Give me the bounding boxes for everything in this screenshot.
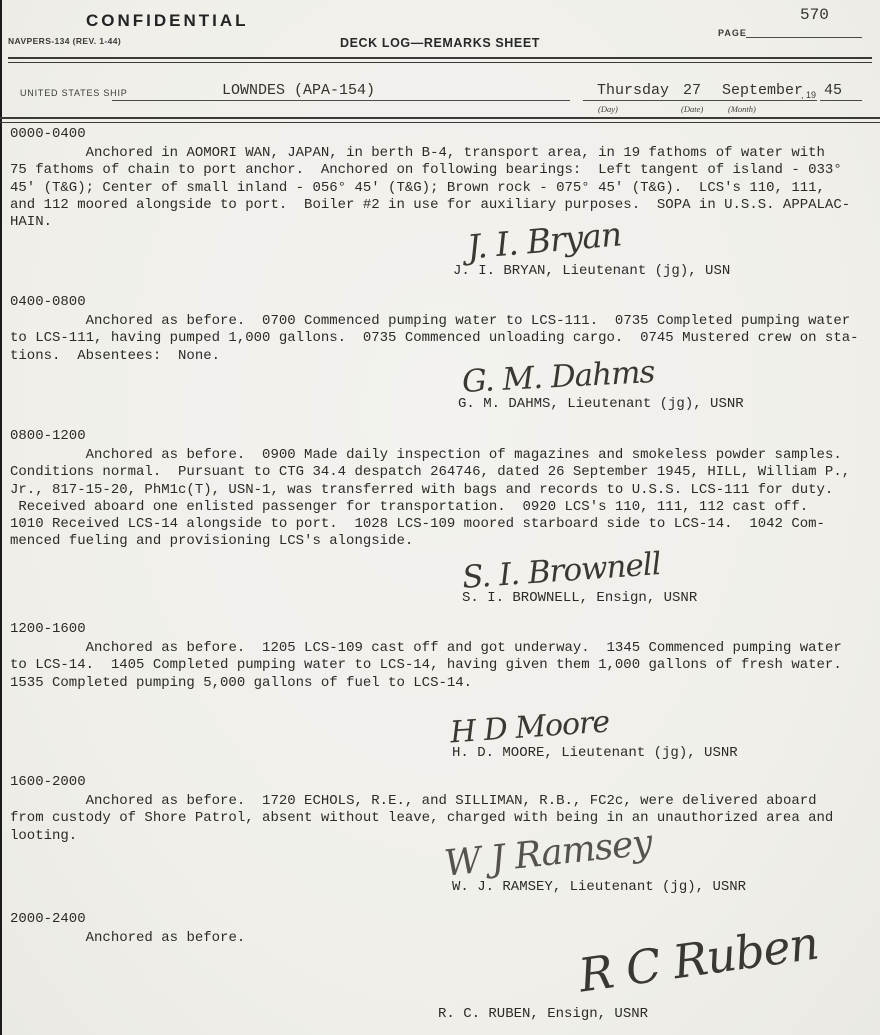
entry-text: Anchored as before. 1720 ECHOLS, R.E., a… bbox=[10, 793, 872, 845]
paper-edge-line bbox=[0, 0, 2, 1035]
ship-field-underline bbox=[112, 100, 570, 101]
log-entry: 1200-1600 Anchored as before. 1205 LCS-1… bbox=[10, 621, 872, 692]
page-number: 570 bbox=[800, 6, 829, 24]
header-rule bbox=[8, 62, 872, 63]
signature-handwriting: S. I. Brownell bbox=[461, 546, 662, 596]
signature-block: G. M. Dahms G. M. DAHMS, Lieutenant (jg)… bbox=[458, 396, 744, 412]
entry-time-range: 0400-0800 bbox=[10, 294, 872, 311]
date-field-underline bbox=[583, 100, 817, 101]
entry-text: Anchored as before. 0700 Commenced pumpi… bbox=[10, 313, 872, 365]
signature-block: W J Ramsey W. J. RAMSEY, Lieutenant (jg)… bbox=[452, 879, 746, 895]
date-day-value: Thursday bbox=[597, 82, 669, 99]
entry-time-range: 1200-1600 bbox=[10, 621, 872, 638]
year-prefix: , 19 bbox=[801, 90, 816, 100]
header-rule bbox=[8, 57, 872, 59]
entry-time-range: 0800-1200 bbox=[10, 428, 872, 445]
year-value: 45 bbox=[824, 82, 842, 99]
signature-handwriting: H D Moore bbox=[449, 704, 610, 750]
header-bottom-rule bbox=[0, 122, 880, 123]
signature-block: J. I. Bryan J. I. BRYAN, Lieutenant (jg)… bbox=[453, 263, 730, 279]
document-title: DECK LOG—REMARKS SHEET bbox=[0, 36, 880, 50]
signature-block: H D Moore H. D. MOORE, Lieutenant (jg), … bbox=[452, 745, 738, 761]
header-bottom-rule bbox=[0, 117, 880, 119]
entry-time-range: 0000-0400 bbox=[10, 126, 872, 143]
signature-typed-name: G. M. DAHMS, Lieutenant (jg), USNR bbox=[458, 396, 744, 412]
classification-stamp: CONFIDENTIAL bbox=[86, 11, 249, 31]
date-month-value: September bbox=[722, 82, 803, 99]
log-entry: 0400-0800 Anchored as before. 0700 Comme… bbox=[10, 294, 872, 365]
date-field-label: (Date) bbox=[681, 104, 703, 114]
signature-typed-name: J. I. BRYAN, Lieutenant (jg), USN bbox=[453, 263, 730, 279]
signature-block: R C Ruben R. C. RUBEN, Ensign, USNR bbox=[438, 1006, 648, 1022]
log-entry: 0800-1200 Anchored as before. 0900 Made … bbox=[10, 428, 872, 550]
date-date-value: 27 bbox=[683, 82, 701, 99]
month-field-label: (Month) bbox=[728, 104, 756, 114]
entry-text: Anchored as before. 0900 Made daily insp… bbox=[10, 447, 872, 550]
year-field-underline bbox=[820, 100, 862, 101]
entry-time-range: 1600-2000 bbox=[10, 774, 872, 791]
log-entry: 0000-0400 Anchored in AOMORI WAN, JAPAN,… bbox=[10, 126, 872, 231]
day-field-label: (Day) bbox=[598, 104, 618, 114]
ship-field-label: UNITED STATES SHIP bbox=[20, 88, 128, 98]
log-entry: 1600-2000 Anchored as before. 1720 ECHOL… bbox=[10, 774, 872, 845]
deck-log-page: CONFIDENTIAL 570 PAGE NAVPERS-134 (REV. … bbox=[0, 0, 880, 1035]
ship-name: LOWNDES (APA-154) bbox=[222, 82, 375, 99]
signature-block: S. I. Brownell S. I. BROWNELL, Ensign, U… bbox=[462, 590, 697, 606]
signature-typed-name: W. J. RAMSEY, Lieutenant (jg), USNR bbox=[452, 879, 746, 895]
signature-typed-name: R. C. RUBEN, Ensign, USNR bbox=[438, 1006, 648, 1022]
entry-text: Anchored as before. 1205 LCS-109 cast of… bbox=[10, 640, 872, 692]
entry-text: Anchored in AOMORI WAN, JAPAN, in berth … bbox=[10, 145, 872, 231]
